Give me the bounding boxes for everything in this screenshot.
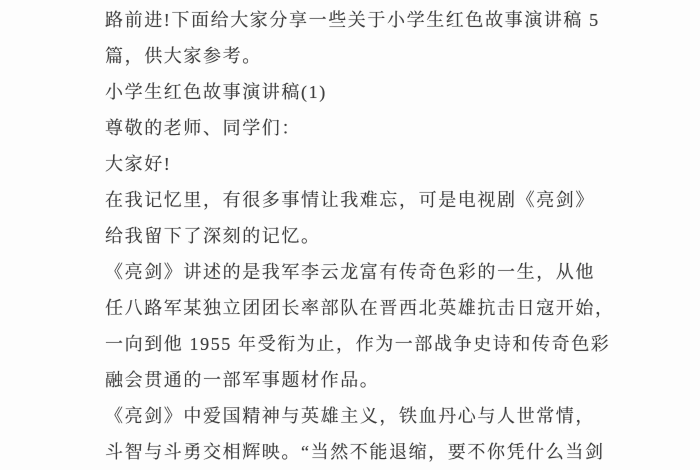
text-line: 《亮剑》中爱国精神与英雄主义，铁血丹心与人世常情， <box>105 397 665 433</box>
text-line: 给我留下了深刻的记忆。 <box>105 217 665 253</box>
text-line: 大家好! <box>105 145 665 181</box>
text-line: 尊敬的老师、同学们： <box>105 109 665 145</box>
text-line: 融会贯通的一部军事题材作品。 <box>105 361 665 397</box>
text-line: 路前进!下面给大家分享一些关于小学生红色故事演讲稿 5 <box>105 1 665 37</box>
text-line: 《亮剑》讲述的是我军李云龙富有传奇色彩的一生，从他 <box>105 253 665 289</box>
document-page: 路前进!下面给大家分享一些关于小学生红色故事演讲稿 5篇，供大家参考。小学生红色… <box>0 0 700 470</box>
text-line: 小学生红色故事演讲稿(1) <box>105 73 665 109</box>
text-line: 在我记忆里，有很多事情让我难忘，可是电视剧《亮剑》 <box>105 181 665 217</box>
text-line: 一向到他 1955 年受衔为止，作为一部战争史诗和传奇色彩 <box>105 325 665 361</box>
text-line: 斗智与斗勇交相辉映。“当然不能退缩，要不你凭什么当剑 <box>105 433 665 469</box>
document-text-block: 路前进!下面给大家分享一些关于小学生红色故事演讲稿 5篇，供大家参考。小学生红色… <box>105 1 665 469</box>
text-line: 篇，供大家参考。 <box>105 37 665 73</box>
text-line: 任八路军某独立团团长率部队在晋西北英雄抗击日寇开始， <box>105 289 665 325</box>
